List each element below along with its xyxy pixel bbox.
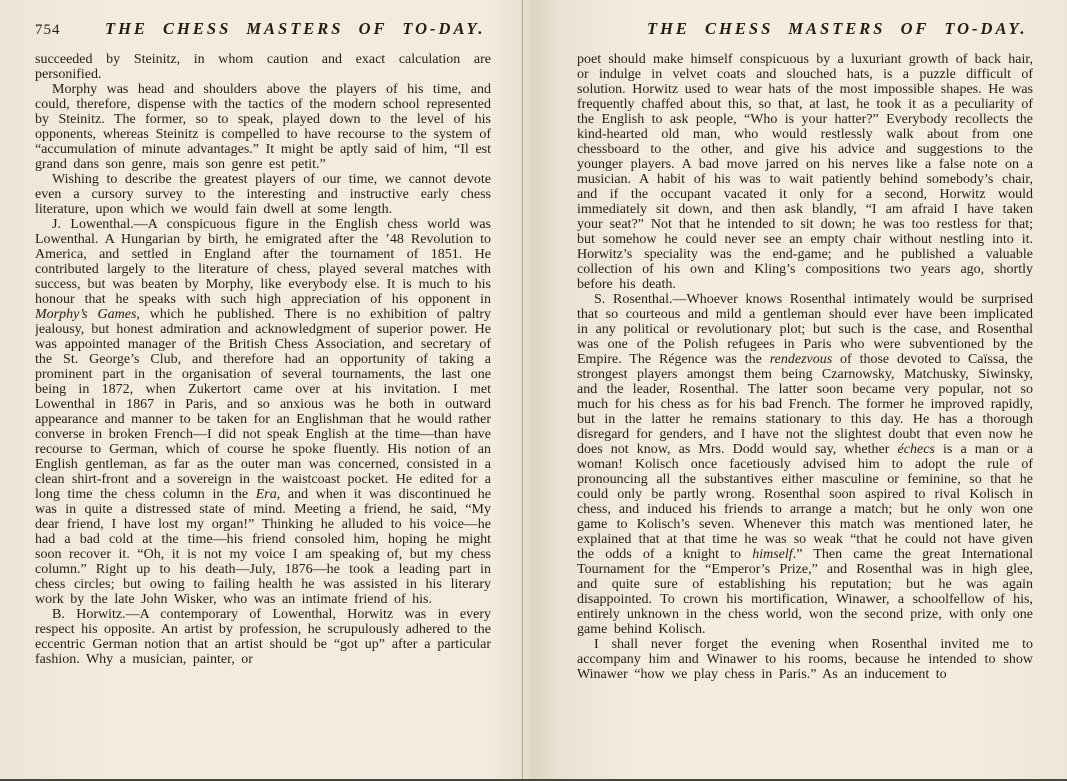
page-header: 754 THE CHESS MASTERS OF TO-DAY. — [35, 19, 491, 39]
paragraph: S. Rosenthal.—Whoever knows Rosenthal in… — [577, 292, 1033, 637]
paragraph: succeeded by Steinitz, in whom caution a… — [35, 52, 491, 82]
page-754: 754 THE CHESS MASTERS OF TO-DAY. succeed… — [35, 0, 491, 781]
emphasis-text: rendezvous — [770, 352, 832, 367]
emphasis-text: himself — [752, 547, 792, 562]
page-header: THE CHESS MASTERS OF TO-DAY. 755 — [577, 19, 1033, 39]
paragraph: poet should make himself conspicuous by … — [577, 52, 1033, 292]
paragraph: Wishing to describe the greatest players… — [35, 172, 491, 217]
book-scan: 754 THE CHESS MASTERS OF TO-DAY. succeed… — [0, 0, 1067, 781]
paragraph: I shall never forget the evening when Ro… — [577, 637, 1033, 682]
paragraph: J. Lowenthal.—A conspicuous figure in th… — [35, 217, 491, 607]
page-body: poet should make himself conspicuous by … — [577, 52, 1033, 682]
paragraph: B. Horwitz.—A contemporary of Lowenthal,… — [35, 607, 491, 667]
emphasis-text: Era — [256, 487, 277, 502]
page-body: succeeded by Steinitz, in whom caution a… — [35, 52, 491, 667]
page-gutter-line — [522, 0, 523, 781]
running-title: THE CHESS MASTERS OF TO-DAY. — [647, 19, 1028, 39]
emphasis-text: Morphy’s Games — [35, 307, 136, 322]
page-number: 755 — [1028, 22, 1067, 39]
page-755: THE CHESS MASTERS OF TO-DAY. 755 poet sh… — [577, 0, 1033, 781]
paragraph: Morphy was head and shoulders above the … — [35, 82, 491, 172]
page-number: 754 — [35, 22, 105, 39]
running-title: THE CHESS MASTERS OF TO-DAY. — [105, 19, 486, 39]
emphasis-text: échecs — [898, 442, 935, 457]
